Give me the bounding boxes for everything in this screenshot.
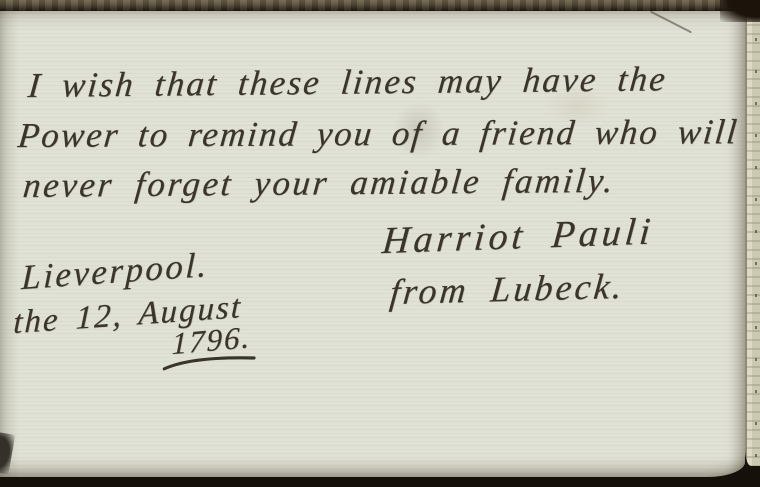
binding-corner-shadow (720, 0, 760, 22)
signature-name: Harriot Pauli (380, 212, 655, 263)
album-page-paper: I wish that these lines may have the Pow… (0, 9, 745, 477)
stray-ink-mark (650, 11, 692, 34)
inscription-line-1: I wish that these lines may have the (26, 60, 669, 105)
inscription-line-3: never forget your amiable family. (21, 162, 617, 206)
dateline-year: 1796. (171, 319, 259, 372)
inscription-line-2: Power to remind you of a friend who will (16, 113, 740, 155)
book-binding-top-edge (0, 0, 760, 11)
book-fore-edge-pages (745, 6, 760, 466)
photo-album-manuscript-page: I wish that these lines may have the Pow… (0, 0, 760, 487)
edge-ink-blot (0, 432, 15, 475)
dateline-year-text: 1796. (171, 319, 251, 361)
dateline-place: Lieverpool. (21, 246, 210, 298)
signature-origin: from Lubeck. (388, 267, 626, 313)
